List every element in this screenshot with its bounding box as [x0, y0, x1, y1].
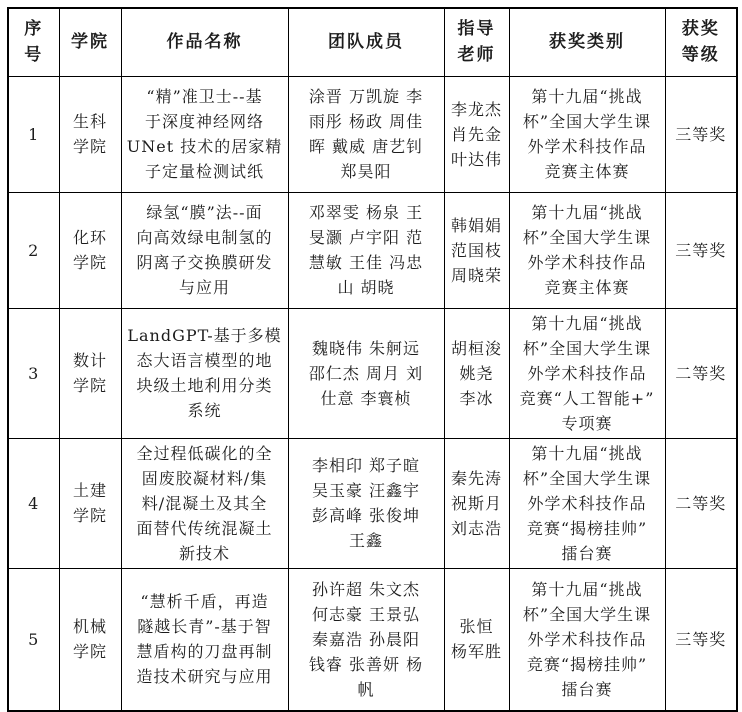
cell-category: 第十九届“挑战 杯”全国大学生课 外学术科技作品 竞赛主体赛 [509, 192, 665, 308]
cell-title: 绿氢“膜”法--面 向高效绿电制氢的 阴离子交换膜研发 与应用 [121, 192, 288, 308]
cell-team: 李相印 郑子暄 吴玉豪 汪鑫宇 彭高峰 张俊坤 王鑫 [288, 438, 444, 568]
header-advisors: 指导 老师 [444, 8, 509, 76]
cell-team: 邓翠雯 杨泉 王 旻灏 卢宇阳 范 慧敏 王佳 冯忠 山 胡晓 [288, 192, 444, 308]
cell-advisors: 张恒 杨军胜 [444, 568, 509, 705]
cell-level: 三等奖 [665, 192, 737, 308]
table-row: 3 数计 学院 LandGPT-基于多模 态大语言模型的地 块级土地利用分类 系… [8, 308, 737, 438]
cell-level: 二等奖 [665, 438, 737, 568]
cell-title: “慧析千盾，再造 隧越长青”-基于智 慧盾构的刀盘再制 造技术研究与应用 [121, 568, 288, 705]
header-no: 序 号 [8, 8, 59, 76]
table-row: 4 土建 学院 全过程低碳化的全 固废胶凝材料/集 料/混凝土及其全 面替代传统… [8, 438, 737, 568]
header-row: 序 号 学院 作品名称 团队成员 指导 老师 获奖类别 获奖 等级 [8, 8, 737, 76]
table-row: 2 化环 学院 绿氢“膜”法--面 向高效绿电制氢的 阴离子交换膜研发 与应用 … [8, 192, 737, 308]
cell-category: 第十九届“挑战 杯”全国大学生课 外学术科技作品 竞赛“揭榜挂帅” 擂台赛 [509, 438, 665, 568]
cell-level: 二等奖 [665, 308, 737, 438]
header-team: 团队成员 [288, 8, 444, 76]
table-row: 5 机械 学院 “慧析千盾，再造 隧越长青”-基于智 慧盾构的刀盘再制 造技术研… [8, 568, 737, 705]
cell-title: 全过程低碳化的全 固废胶凝材料/集 料/混凝土及其全 面替代传统混凝土 新技术 [121, 438, 288, 568]
table-row: 1 生科 学院 “精”准卫士--基 于深度神经网络 UNet 技术的居家精 子定… [8, 76, 737, 192]
awards-table: 序 号 学院 作品名称 团队成员 指导 老师 获奖类别 获奖 等级 1 生科 学… [7, 7, 738, 705]
cell-college: 化环 学院 [59, 192, 121, 308]
cell-title: “精”准卫士--基 于深度神经网络 UNet 技术的居家精 子定量检测试纸 [121, 76, 288, 192]
cell-advisors: 胡桓浚 姚尧 李冰 [444, 308, 509, 438]
cell-college: 生科 学院 [59, 76, 121, 192]
cell-no: 2 [8, 192, 59, 308]
cell-level: 三等奖 [665, 76, 737, 192]
cell-advisors: 秦先涛 祝斯月 刘志浩 [444, 438, 509, 568]
cell-no: 4 [8, 438, 59, 568]
cell-category: 第十九届“挑战 杯”全国大学生课 外学术科技作品 竞赛主体赛 [509, 76, 665, 192]
cell-title: LandGPT-基于多模 态大语言模型的地 块级土地利用分类 系统 [121, 308, 288, 438]
cell-college: 机械 学院 [59, 568, 121, 705]
document-page: 序 号 学院 作品名称 团队成员 指导 老师 获奖类别 获奖 等级 1 生科 学… [0, 0, 742, 705]
cell-no: 1 [8, 76, 59, 192]
cell-college: 数计 学院 [59, 308, 121, 438]
header-title: 作品名称 [121, 8, 288, 76]
cell-level: 三等奖 [665, 568, 737, 705]
cell-category: 第十九届“挑战 杯”全国大学生课 外学术科技作品 竞赛“揭榜挂帅” 擂台赛 [509, 568, 665, 705]
header-level: 获奖 等级 [665, 8, 737, 76]
cell-category: 第十九届“挑战 杯”全国大学生课 外学术科技作品 竞赛“人工智能+” 专项赛 [509, 308, 665, 438]
cell-advisors: 韩娟娟 范国枝 周晓荣 [444, 192, 509, 308]
cell-no: 3 [8, 308, 59, 438]
cell-team: 涂晋 万凯旋 李 雨彤 杨政 周佳 晖 戴威 唐艺钊 郑昊阳 [288, 76, 444, 192]
header-college: 学院 [59, 8, 121, 76]
header-category: 获奖类别 [509, 8, 665, 76]
cell-advisors: 李龙杰 肖先金 叶达伟 [444, 76, 509, 192]
cell-team: 魏晓伟 朱舸远 邵仁杰 周月 刘 仕意 李寰桢 [288, 308, 444, 438]
cell-college: 土建 学院 [59, 438, 121, 568]
cell-no: 5 [8, 568, 59, 705]
cell-team: 孙许超 朱文杰 何志豪 王景弘 秦嘉浩 孙晨阳 钱睿 张善妍 杨 帆 [288, 568, 444, 705]
